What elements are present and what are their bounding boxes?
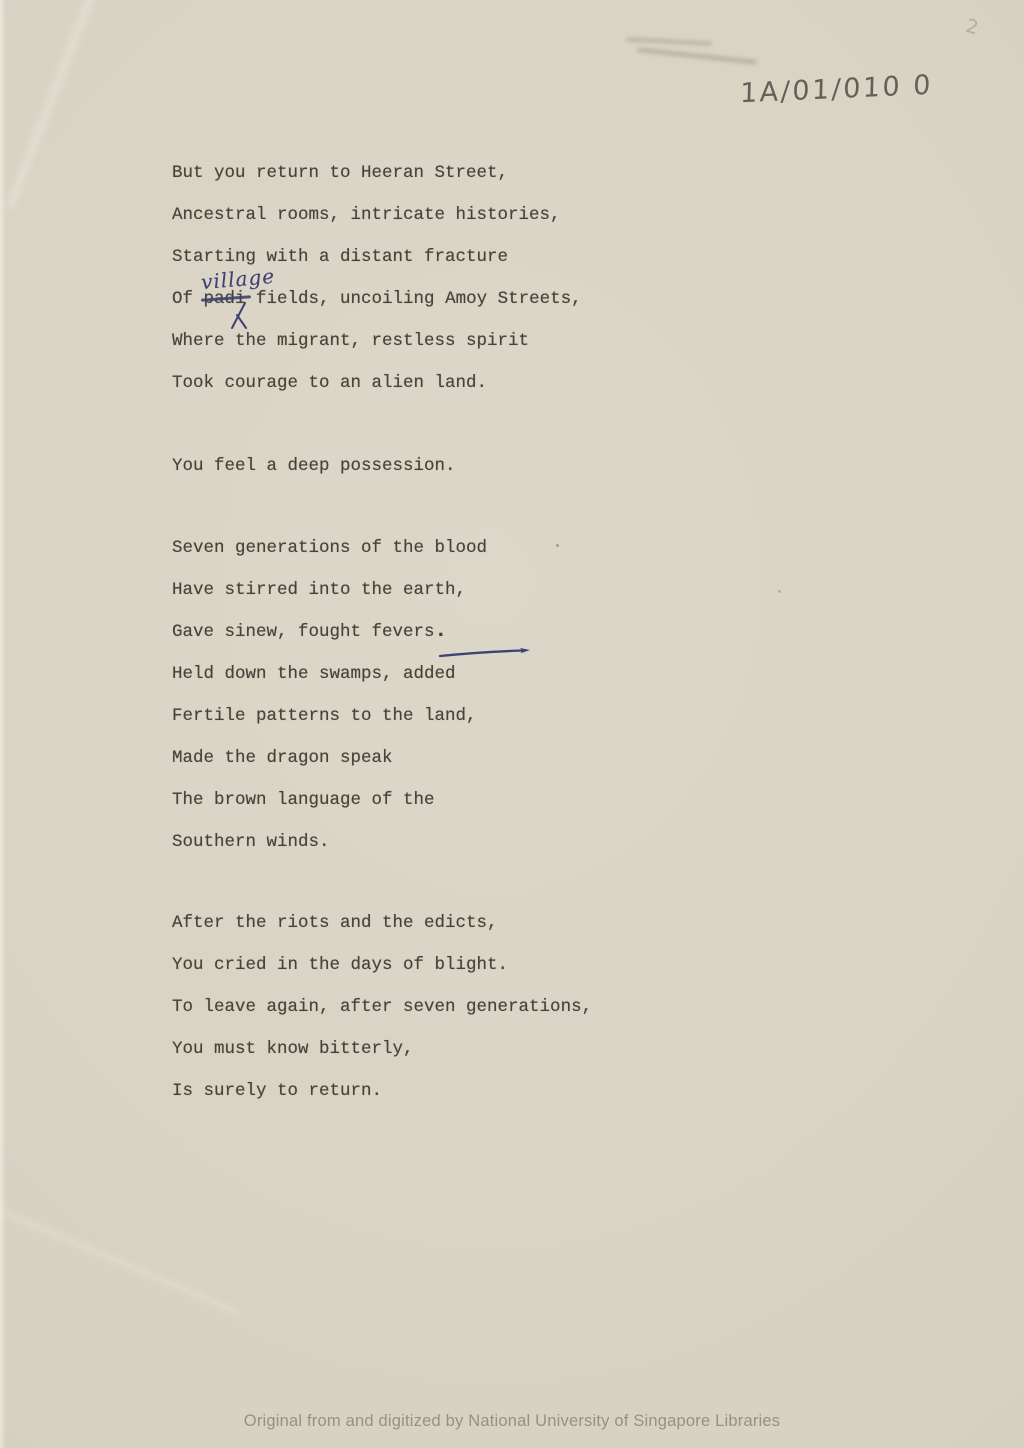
poem-line: Southern winds. xyxy=(172,821,487,863)
poem-line: You feel a deep possession. xyxy=(172,445,456,487)
faint-corner-page-mark: 2 xyxy=(964,15,981,39)
poem-line: Fertile patterns to the land, xyxy=(172,695,487,737)
poem-line: You cried in the days of blight. xyxy=(172,944,592,986)
poem-line: Have stirred into the earth, xyxy=(172,569,487,611)
poem-line-with-correction: Of padivillage fields, uncoiling Amoy St… xyxy=(172,278,582,320)
poem-line-with-underline: Gave sinew, fought fevers. xyxy=(172,611,487,653)
paper-edge-highlight xyxy=(0,0,6,1448)
paper-speck xyxy=(778,590,781,593)
line-text: Gave sinew, fought fevers xyxy=(172,622,435,642)
poem-line: To leave again, after seven generations, xyxy=(172,986,592,1028)
poem-line: You must know bitterly, xyxy=(172,1028,592,1070)
line-rest: fields, uncoiling Amoy Streets, xyxy=(246,289,582,309)
poem-line: Seven generations of the blood xyxy=(172,527,487,569)
paper-crease-top-left xyxy=(7,0,101,209)
poem-line: Is surely to return. xyxy=(172,1070,592,1112)
overstruck-punctuation: . xyxy=(435,620,448,643)
poem-line: The brown language of the xyxy=(172,779,487,821)
scanned-poem-page: 2 1A/01/010 0 But you return to Heeran S… xyxy=(0,0,1024,1448)
handwritten-insertion: village xyxy=(200,266,276,292)
correction-cluster: padivillage xyxy=(204,278,246,320)
poem-line: Made the dragon speak xyxy=(172,737,487,779)
poem-line: Took courage to an alien land. xyxy=(172,362,582,404)
poem-stanza-4: After the riots and the edicts, You crie… xyxy=(172,902,592,1112)
archive-reference-annotation: 1A/01/010 0 xyxy=(740,70,934,109)
line-prefix: Of xyxy=(172,289,204,309)
paper-crease-bottom-left xyxy=(0,1194,239,1314)
paper-speck xyxy=(556,544,559,547)
poem-line: But you return to Heeran Street, xyxy=(172,152,582,194)
pencil-smudge xyxy=(637,48,757,65)
digitization-watermark: Original from and digitized by National … xyxy=(0,1412,1024,1431)
poem-stanza-1: But you return to Heeran Street, Ancestr… xyxy=(172,152,582,404)
poem-line: After the riots and the edicts, xyxy=(172,902,592,944)
poem-line: Where the migrant, restless spirit xyxy=(172,320,582,362)
pencil-smudge xyxy=(626,38,712,45)
poem-line: Ancestral rooms, intricate histories, xyxy=(172,194,582,236)
poem-stanza-3: Seven generations of the blood Have stir… xyxy=(172,527,487,863)
poem-stanza-2: You feel a deep possession. xyxy=(172,445,456,487)
poem-line: Held down the swamps, added xyxy=(172,653,487,695)
